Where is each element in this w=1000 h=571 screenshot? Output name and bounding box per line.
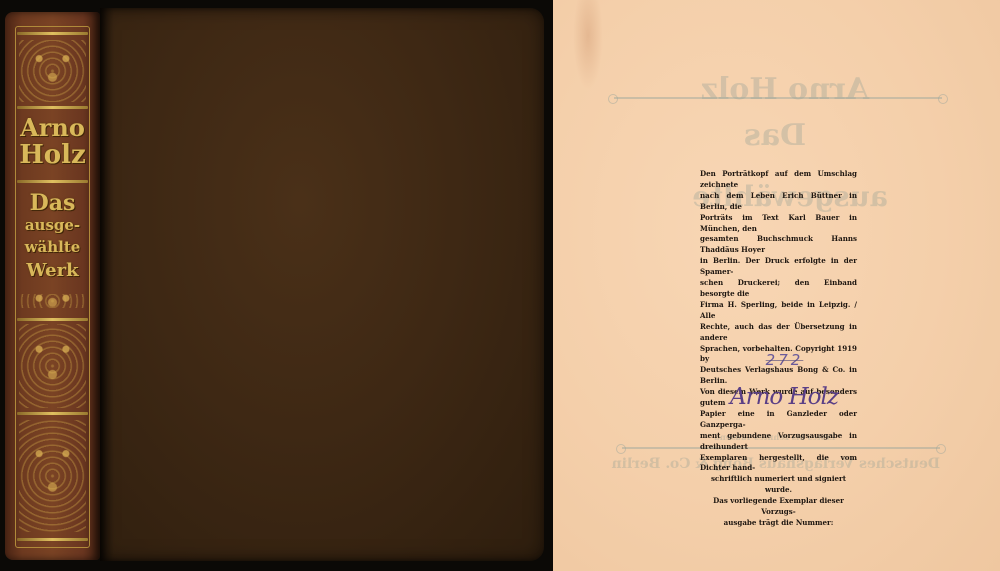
- spine-gilt-band: [17, 318, 88, 321]
- book-cover-photo: Arno Holz Das ausge- wählte Werk: [0, 0, 552, 571]
- spine-title-line3: wählte: [17, 240, 88, 255]
- spine-flourish: [19, 294, 86, 308]
- author-signature: Arno Holz: [730, 384, 850, 410]
- colophon-line: Firma H. Sperling, beide in Leipzig. / A…: [700, 300, 857, 322]
- colophon-line: schriftlich numeriert und signiert wurde…: [700, 474, 857, 496]
- colophon-line: in Berlin. Der Druck erfolgte in der Spa…: [700, 256, 857, 278]
- colophon-closing-line: ausgabe trägt die Nummer:: [700, 518, 857, 529]
- colophon-line: Porträts im Text Karl Bauer in München, …: [700, 213, 857, 235]
- cover-hinge-shadow: [100, 8, 114, 561]
- show-through-author: Arno Holz: [670, 72, 900, 107]
- colophon-line: Rechte, auch das der Übersetzung in ande…: [700, 322, 857, 344]
- colophon-line: schen Druckerei; den Einband besorgte di…: [700, 278, 857, 300]
- colophon-line: Den Porträtkopf auf dem Umschlag zeichne…: [700, 169, 857, 191]
- spine-gilt-band: [17, 538, 88, 541]
- spine-gilt-band: [17, 180, 88, 183]
- handwritten-copy-number: 272: [762, 351, 807, 369]
- colophon-line: nach dem Leben Erich Büttner in Berlin, …: [700, 191, 857, 213]
- paper-foxing-stain: [573, 0, 603, 90]
- colophon-line: ment gebundene Vorzugsausgabe in dreihun…: [700, 431, 857, 453]
- spine-gilt-band: [17, 106, 88, 109]
- spine-top-ornament: [19, 40, 86, 102]
- spine-title-line1: Das: [17, 192, 88, 214]
- spine-bottom-ornament: [19, 420, 86, 532]
- spine-gilt-band: [17, 412, 88, 415]
- book-spine: Arno Holz Das ausge- wählte Werk: [5, 12, 100, 560]
- colophon-closing-line: Das vorliegende Exemplar dieser Vorzugs-: [700, 496, 857, 518]
- show-through-title-1: Das: [720, 118, 830, 153]
- spine-gilt-band: [17, 32, 88, 35]
- colophon-line: Papier eine in Ganzleder oder Ganzperga-: [700, 409, 857, 431]
- colophon-line: Exemplaren hergestellt, die vom Dichter …: [700, 453, 857, 475]
- spine-middle-ornament: [19, 324, 86, 408]
- spine-title-line2: ausge-: [17, 218, 88, 233]
- colophon-text: Den Porträtkopf auf dem Umschlag zeichne…: [700, 169, 857, 529]
- colophon-line: gesamten Buchschmuck Hanns Thaddäus Hoye…: [700, 234, 857, 256]
- show-through-rule-top: [614, 97, 942, 99]
- spine-author-first: Arno: [17, 116, 88, 140]
- book-front-cover: [100, 8, 544, 561]
- spine-author-last: Holz: [17, 142, 88, 168]
- spine-title-line4: Werk: [17, 262, 88, 280]
